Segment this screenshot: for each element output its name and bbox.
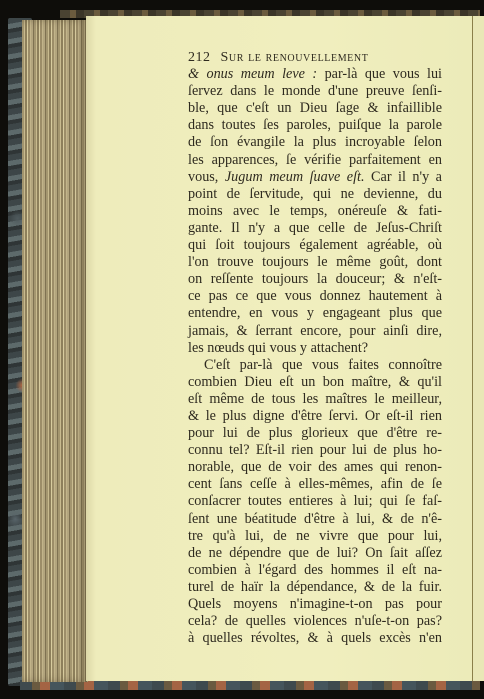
italic-latin-phrase: Jugum meum ſuave eſt. xyxy=(225,169,365,185)
text-run: de ſon évangile la plus incroyable ſelon xyxy=(188,134,442,150)
text-run: dans toutes ſes paroles, puiſque la paro… xyxy=(188,117,442,133)
text-line: point de ſervitude, qui ne devienne, du xyxy=(188,186,442,203)
text-line: tre qu'à lui, de ne vivre que pour lui, xyxy=(188,528,442,545)
text-run: par-là que vous lui xyxy=(317,66,442,82)
text-run: turel de haïr la dépendance, & de la fui… xyxy=(188,579,442,595)
page-text-block: 212 Sur le renouvellement & onus meum le… xyxy=(188,49,442,647)
text-run: on reſſente toujours la douceur; & n'eſt… xyxy=(188,271,442,287)
text-line: de ne dépendre que de lui? On ſait aſſez xyxy=(188,545,442,562)
text-line: Quels moyens n'imagine-t-on pas pour xyxy=(188,596,442,613)
text-run: gante. Il n'y a que celle de Jeſus-Chriſ… xyxy=(188,220,442,236)
text-run: C'eſt par-là que vous faites connoître xyxy=(204,357,442,373)
text-run: les nœuds qui vous y attachent? xyxy=(188,340,368,356)
text-run: ble, que c'eſt un Dieu ſage & infaillibl… xyxy=(188,100,442,116)
text-run: à quelles révoltes, & à quels excès n'en xyxy=(188,630,442,646)
text-line: dans toutes ſes paroles, puiſque la paro… xyxy=(188,117,442,134)
text-line: conſacrer toutes entieres à lui; qui ſe … xyxy=(188,493,442,510)
body-text: & onus meum leve : par-là que vous luiſe… xyxy=(188,66,442,647)
text-line: cela? de quelles violences n'uſe-t-on pa… xyxy=(188,613,442,630)
text-run: moins avec le temps, onéreuſe & fati- xyxy=(188,203,442,219)
text-line: l'on trouve toujours le même goût, dont xyxy=(188,254,442,271)
text-line: qui ſoit toujours également agréable, où xyxy=(188,237,442,254)
text-line: combien Dieu eſt un bon maître, & qu'il xyxy=(188,374,442,391)
text-line: & onus meum leve : par-là que vous lui xyxy=(188,66,442,83)
text-run: cent ſans ceſſe à elles-mêmes, afin de ſ… xyxy=(188,476,442,492)
page-edges-stack xyxy=(22,20,88,682)
text-line: vous, Jugum meum ſuave eſt. Car il n'y a xyxy=(188,169,442,186)
text-run: les apparences, ſe vérifie parfaitement … xyxy=(188,152,442,168)
text-line: ce pas ce que vous donnez hautement à xyxy=(188,288,442,305)
text-line: ble, que c'eſt un Dieu ſage & infaillibl… xyxy=(188,100,442,117)
text-run: vous, xyxy=(188,169,225,185)
text-run: combien Dieu eſt un bon maître, & qu'il xyxy=(188,374,442,390)
text-run: de ne dépendre que de lui? On ſait aſſez xyxy=(188,545,442,561)
text-run: Car il n'y a xyxy=(365,169,442,185)
text-run: l'on trouve toujours le même goût, dont xyxy=(188,254,442,270)
text-line: norable, que de voir des ames qui renon- xyxy=(188,459,442,476)
text-line: de ſon évangile la plus incroyable ſelon xyxy=(188,134,442,151)
text-line: on reſſente toujours la douceur; & n'eſt… xyxy=(188,271,442,288)
text-run: connu tel? Eſt-il rien pour lui de plus … xyxy=(188,442,442,458)
italic-latin-phrase: & onus meum leve : xyxy=(188,66,317,82)
facing-page-edge xyxy=(472,16,484,681)
text-run: conſacrer toutes entieres à lui; qui ſe … xyxy=(188,493,442,509)
text-line: cent ſans ceſſe à elles-mêmes, afin de ſ… xyxy=(188,476,442,493)
text-line: ſervez dans le monde d'une preuve ſenſi- xyxy=(188,83,442,100)
page-number: 212 xyxy=(188,49,211,66)
text-line: pour lui de plus glorieux que d'être re- xyxy=(188,425,442,442)
text-run: norable, que de voir des ames qui renon- xyxy=(188,459,442,475)
running-head-title: Sur le renouvellement xyxy=(221,49,369,66)
text-line: les apparences, ſe vérifie parfaitement … xyxy=(188,152,442,169)
text-line: jamais, & ſerrant encore, pour ainſi dir… xyxy=(188,323,442,340)
text-line: moins avec le temps, onéreuſe & fati- xyxy=(188,203,442,220)
text-run: cela? de quelles violences n'uſe-t-on pa… xyxy=(188,613,442,629)
book-cover-bottom xyxy=(20,680,480,690)
text-run: combien à l'égard des hommes il eſt na- xyxy=(188,562,442,578)
text-run: eſt même de tous les maîtres le meilleur… xyxy=(188,391,442,407)
text-run: entendre, en vous y engageant plus que xyxy=(188,305,442,321)
text-run: & le plus digne d'être ſervi. Or eſt-il … xyxy=(188,408,442,424)
text-line: ſent une béatitude d'être à lui, & de n'… xyxy=(188,511,442,528)
text-line: combien à l'égard des hommes il eſt na- xyxy=(188,562,442,579)
text-line: & le plus digne d'être ſervi. Or eſt-il … xyxy=(188,408,442,425)
text-run: jamais, & ſerrant encore, pour ainſi dir… xyxy=(188,323,442,339)
text-line: entendre, en vous y engageant plus que xyxy=(188,305,442,322)
text-line: C'eſt par-là que vous faites connoître xyxy=(188,357,442,374)
text-run: tre qu'à lui, de ne vivre que pour lui, xyxy=(188,528,442,544)
text-line: les nœuds qui vous y attachent? xyxy=(188,340,442,357)
text-line: connu tel? Eſt-il rien pour lui de plus … xyxy=(188,442,442,459)
text-run: ce pas ce que vous donnez hautement à xyxy=(188,288,442,304)
text-run: ſent une béatitude d'être à lui, & de n'… xyxy=(188,511,442,527)
text-line: gante. Il n'y a que celle de Jeſus-Chriſ… xyxy=(188,220,442,237)
text-run: point de ſervitude, qui ne devienne, du xyxy=(188,186,442,202)
text-line: turel de haïr la dépendance, & de la fui… xyxy=(188,579,442,596)
running-head: 212 Sur le renouvellement xyxy=(188,49,442,66)
text-run: qui ſoit toujours également agréable, où xyxy=(188,237,442,253)
text-line: eſt même de tous les maîtres le meilleur… xyxy=(188,391,442,408)
text-run: ſervez dans le monde d'une preuve ſenſi- xyxy=(188,83,442,99)
text-run: pour lui de plus glorieux que d'être re- xyxy=(188,425,442,441)
text-run: Quels moyens n'imagine-t-on pas pour xyxy=(188,596,442,612)
text-line: à quelles révoltes, & à quels excès n'en xyxy=(188,630,442,647)
